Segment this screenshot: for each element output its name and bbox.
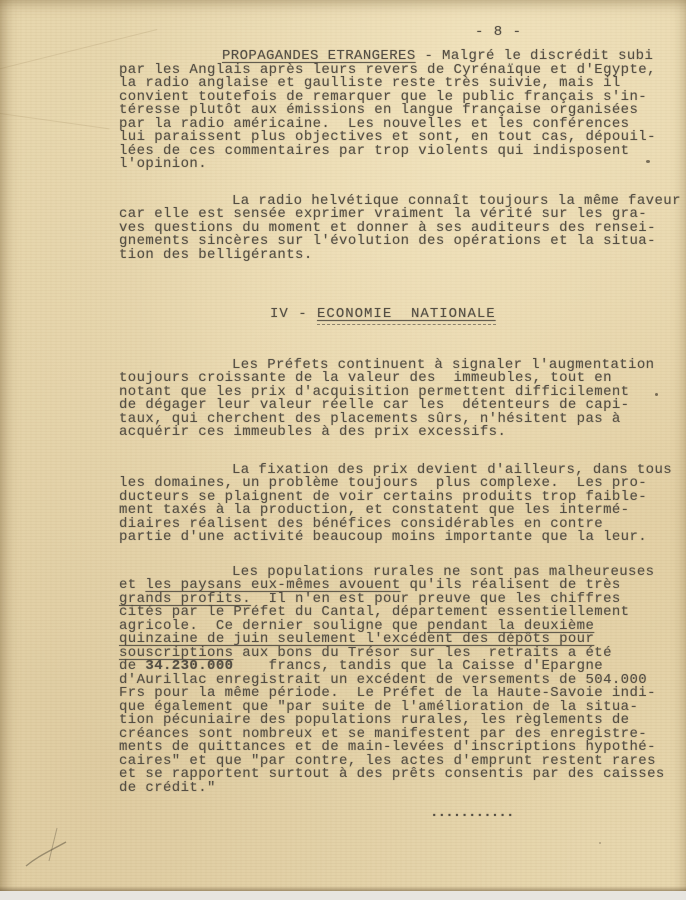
text-segment: acquérir ces immeubles à des prix excess… xyxy=(119,424,506,440)
dots-separator: ........... xyxy=(430,807,685,821)
text-line: acquérir ces immeubles à des prix excess… xyxy=(119,426,685,440)
ink-speck xyxy=(646,160,650,163)
text-line: ........... xyxy=(430,807,685,821)
text-segment: ........... xyxy=(430,805,514,821)
text-line: de crédit." xyxy=(119,782,685,796)
text-line: IV - ECONOMIE NATIONALE xyxy=(270,308,685,322)
text-segment: de crédit." xyxy=(119,780,216,796)
page-number-text: - 8 - xyxy=(475,24,522,40)
scanner-background xyxy=(0,891,686,900)
ink-speck xyxy=(655,393,658,396)
paragraph-propagandes-etrangeres: PROPAGANDES ETRANGERES - Malgré le discr… xyxy=(119,50,685,172)
page-number: - 8 - xyxy=(475,25,685,39)
text-line: l'opinion. xyxy=(119,158,685,172)
document-content: - 8 - PROPAGANDES ETRANGERES - Malgré le… xyxy=(119,0,685,821)
document-body: PROPAGANDES ETRANGERES - Malgré le discr… xyxy=(119,50,685,821)
paragraph-prefets-immeubles: Les Préfets continuent à signaler l'augm… xyxy=(119,359,685,440)
text-segment: IV - xyxy=(270,306,317,322)
underlined-text: ECONOMIE NATIONALE xyxy=(317,306,496,325)
text-line: tion des belligérants. xyxy=(119,249,685,263)
pencil-mark xyxy=(22,822,92,872)
text-line: partie d'une activité beaucoup moins imp… xyxy=(119,531,685,545)
text-segment: l'opinion. xyxy=(119,156,207,172)
text-segment: partie d'une activité beaucoup moins imp… xyxy=(119,529,647,545)
paragraph-populations-rurales: Les populations rurales ne sont pas malh… xyxy=(119,566,685,796)
text-segment: tion des belligérants. xyxy=(119,247,313,263)
ink-speck xyxy=(599,842,601,844)
paper-crease xyxy=(0,112,109,130)
paragraph-radio-helvetique: La radio helvétique connaît toujours la … xyxy=(119,195,685,263)
scanned-document-page: - 8 - PROPAGANDES ETRANGERES - Malgré le… xyxy=(0,0,686,900)
section-heading-economie-nationale: IV - ECONOMIE NATIONALE xyxy=(270,308,685,322)
paragraph-fixation-des-prix: La fixation des prix devient d'ailleurs,… xyxy=(119,464,685,545)
